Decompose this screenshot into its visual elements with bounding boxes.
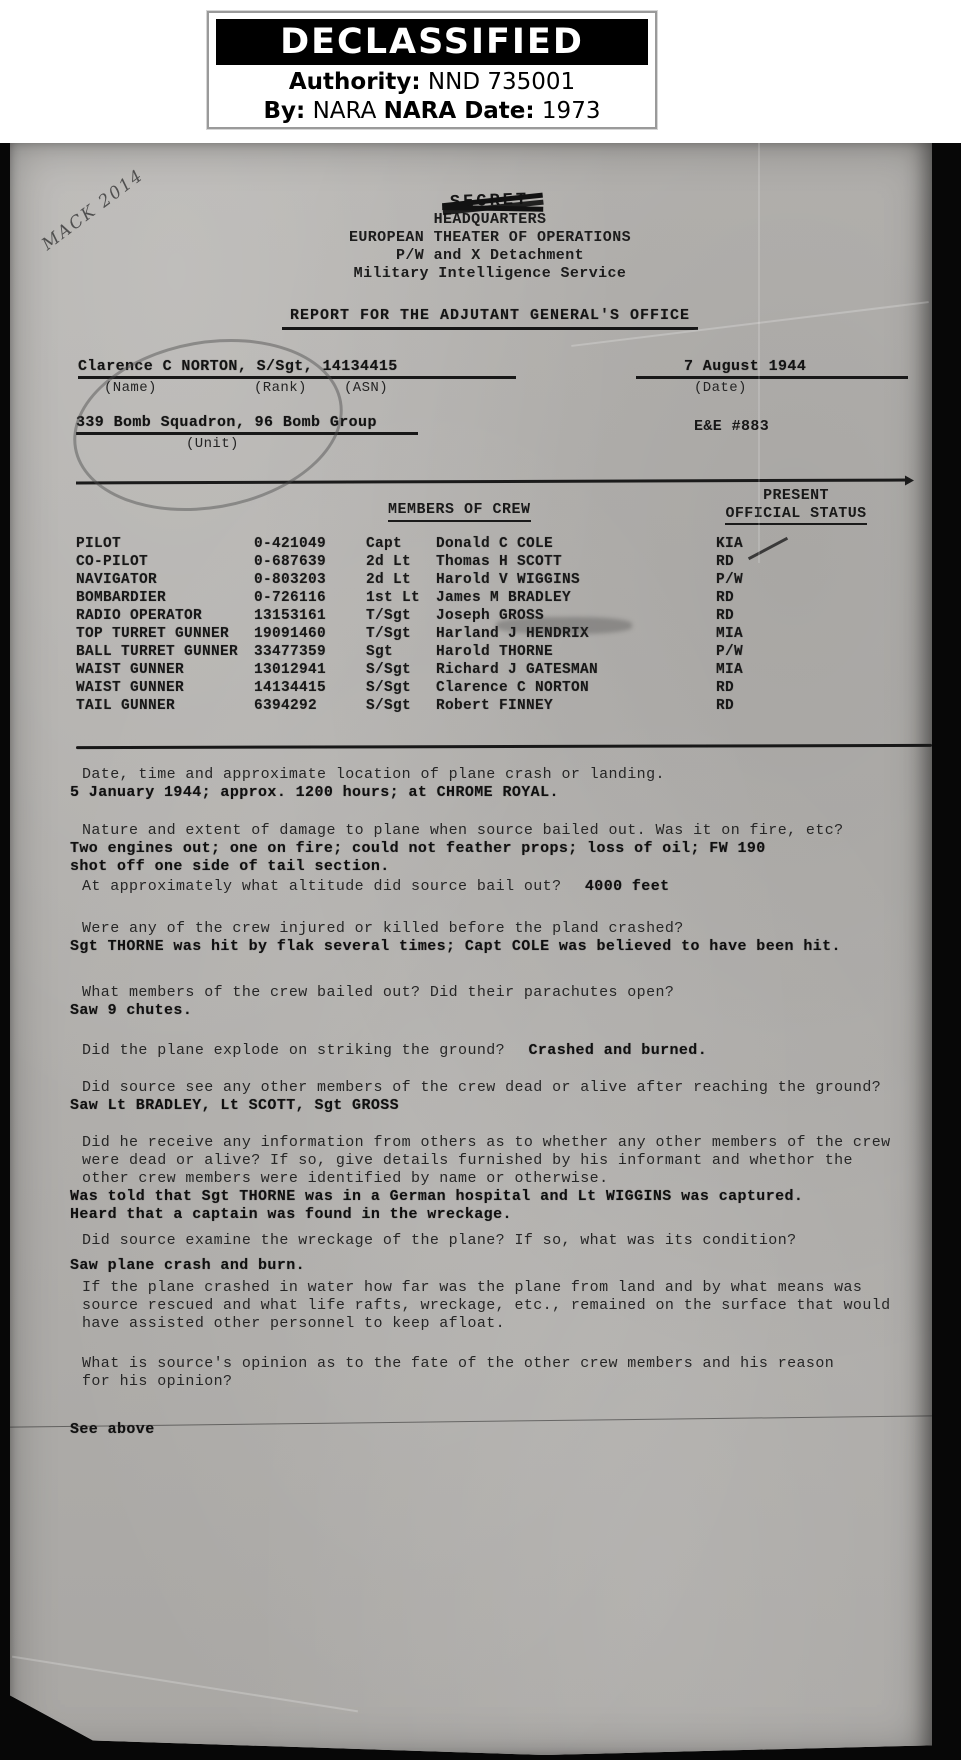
header-line: HEADQUARTERS	[76, 211, 904, 229]
crew-status: KIA	[716, 535, 904, 553]
nara-date-label: NARA Date:	[384, 98, 535, 124]
question: Nature and extent of damage to plane whe…	[76, 822, 904, 840]
ink-smudge	[496, 617, 632, 634]
date-field: 7 August 1944	[636, 358, 908, 379]
header-line: EUROPEAN THEATER OF OPERATIONS	[76, 229, 904, 247]
date-label: (Date)	[694, 379, 747, 397]
question: What is source's opinion as to the fate …	[76, 1355, 836, 1391]
crew-status: MIA	[716, 625, 904, 643]
question: If the plane crashed in water how far wa…	[76, 1279, 904, 1333]
crew-name: Donald C COLE	[436, 535, 716, 553]
crew-status: RD	[716, 679, 904, 697]
crew-serial: 13012941	[254, 661, 366, 679]
qa-block: Did source see any other members of the …	[76, 1079, 904, 1115]
answer: 5 January 1944; approx. 1200 hours; at C…	[70, 784, 904, 802]
crew-serial: 6394292	[254, 697, 366, 715]
crew-name: James M BRADLEY	[436, 589, 716, 607]
crew-status: RD	[716, 553, 904, 571]
crew-position: RADIO OPERATOR	[76, 607, 254, 625]
crew-status: RD	[716, 607, 904, 625]
crew-rank: S/Sgt	[366, 679, 436, 697]
crew-status: P/W	[716, 571, 904, 589]
crew-position: WAIST GUNNER	[76, 661, 254, 679]
qa-block: Did source examine the wreckage of the p…	[76, 1232, 904, 1275]
answer: Saw plane crash and burn.	[70, 1257, 904, 1275]
question: Date, time and approximate location of p…	[76, 766, 904, 784]
nara-date-value: 1973	[542, 98, 601, 124]
question: Did source examine the wreckage of the p…	[76, 1232, 904, 1250]
crew-rank: 2d Lt	[366, 553, 436, 571]
table-row: BALL TURRET GUNNER 33477359 Sgt Harold T…	[76, 643, 904, 661]
qa-block: Nature and extent of damage to plane whe…	[76, 822, 904, 876]
table-row: BOMBARDIER 0-726116 1st Lt James M BRADL…	[76, 589, 904, 607]
crew-name: Harold V WIGGINS	[436, 571, 716, 589]
crew-serial: 0-803203	[254, 571, 366, 589]
by-value: NARA	[313, 98, 377, 124]
members-of-crew-header: MEMBERS OF CREW	[388, 501, 531, 522]
answer: Saw 9 chutes.	[70, 1002, 904, 1020]
paper-crease	[12, 1656, 358, 1713]
table-row: NAVIGATOR 0-803203 2d Lt Harold V WIGGIN…	[76, 571, 904, 589]
by-label: By:	[264, 98, 306, 124]
answer: Sgt THORNE was hit by flak several times…	[70, 938, 904, 956]
qa-block: What members of the crew bailed out? Did…	[76, 984, 904, 1020]
crew-status: RD	[716, 589, 904, 607]
qa-block: What is source's opinion as to the fate …	[76, 1355, 904, 1439]
crew-name: Clarence C NORTON	[436, 679, 716, 697]
qa-block: If the plane crashed in water how far wa…	[76, 1279, 904, 1333]
asn-label: (ASN)	[344, 379, 388, 397]
crew-serial: 0-687639	[254, 553, 366, 571]
paper-crease	[758, 143, 760, 563]
crew-position: WAIST GUNNER	[76, 679, 254, 697]
crew-serial: 0-726116	[254, 589, 366, 607]
crew-rank: Capt	[366, 535, 436, 553]
crew-position: TAIL GUNNER	[76, 697, 254, 715]
declassification-stamp: DECLASSIFIED Authority: NND 735001 By: N…	[207, 11, 657, 129]
crew-position: CO-PILOT	[76, 553, 254, 571]
declassified-banner: DECLASSIFIED	[216, 19, 648, 65]
crew-name: Robert FINNEY	[436, 697, 716, 715]
document-header: SECRET HEADQUARTERS EUROPEAN THEATER OF …	[76, 143, 904, 283]
answer: Saw Lt BRADLEY, Lt SCOTT, Sgt GROSS	[70, 1097, 904, 1115]
answer: Two engines out; one on fire; could not …	[70, 840, 770, 876]
answer: Was told that Sgt THORNE was in a German…	[70, 1188, 904, 1224]
authority-label: Authority:	[289, 69, 421, 95]
table-row: RADIO OPERATOR 13153161 T/Sgt Joseph GRO…	[76, 607, 904, 625]
crew-status: P/W	[716, 643, 904, 661]
paper: MACK 2014 SECRET HEADQUARTERS EUROPEAN T…	[10, 143, 932, 1755]
table-row: TAIL GUNNER 6394292 S/Sgt Robert FINNEY …	[76, 697, 904, 715]
official-status-header: PRESENT OFFICIAL STATUS	[696, 487, 896, 523]
crew-table: PILOT 0-421049 Capt Donald C COLE KIA CO…	[76, 535, 904, 715]
crew-name: Thomas H SCOTT	[436, 553, 716, 571]
crew-name: Richard J GATESMAN	[436, 661, 716, 679]
crew-rank: S/Sgt	[366, 661, 436, 679]
present-label: PRESENT	[763, 487, 829, 504]
questionnaire: Date, time and approximate location of p…	[76, 766, 904, 1439]
header-line: Military Intelligence Service	[76, 265, 904, 283]
crew-position: TOP TURRET GUNNER	[76, 625, 254, 643]
question: At approximately what altitude did sourc…	[76, 878, 561, 895]
answer: Crashed and burned.	[528, 1042, 707, 1059]
crew-rank: Sgt	[366, 643, 436, 661]
document-scan: MACK 2014 SECRET HEADQUARTERS EUROPEAN T…	[0, 143, 961, 1760]
struck-classification-stamp: SECRET	[450, 192, 530, 213]
crew-rank: T/Sgt	[366, 607, 436, 625]
crew-status: RD	[716, 697, 904, 715]
qa-block: Did he receive any information from othe…	[76, 1134, 904, 1224]
question: Did he receive any information from othe…	[76, 1134, 904, 1188]
crew-serial: 0-421049	[254, 535, 366, 553]
question: What members of the crew bailed out? Did…	[76, 984, 904, 1002]
crew-position: NAVIGATOR	[76, 571, 254, 589]
crew-serial: 13153161	[254, 607, 366, 625]
qa-block: Date, time and approximate location of p…	[76, 766, 904, 802]
by-line: By: NARA NARA Date: 1973	[209, 97, 655, 126]
report-title-text: REPORT FOR THE ADJUTANT GENERAL'S OFFICE	[282, 307, 698, 330]
crew-rank: S/Sgt	[366, 697, 436, 715]
question: Did source see any other members of the …	[76, 1079, 904, 1097]
qa-block: Were any of the crew injured or killed b…	[76, 920, 904, 956]
question: Did the plane explode on striking the gr…	[76, 1042, 505, 1059]
authority-line: Authority: NND 735001	[209, 68, 655, 97]
crew-rank: T/Sgt	[366, 625, 436, 643]
table-row: PILOT 0-421049 Capt Donald C COLE KIA	[76, 535, 904, 553]
crew-position: BALL TURRET GUNNER	[76, 643, 254, 661]
section-divider	[76, 744, 932, 749]
qa-block: Did the plane explode on striking the gr…	[76, 1042, 904, 1060]
crew-status: MIA	[716, 661, 904, 679]
official-status-label: OFFICIAL STATUS	[725, 505, 866, 525]
declassified-title: DECLASSIFIED	[280, 22, 584, 62]
crew-serial: 33477359	[254, 643, 366, 661]
table-row: TOP TURRET GUNNER 19091460 T/Sgt Harland…	[76, 625, 904, 643]
crew-rank: 2d Lt	[366, 571, 436, 589]
crew-name: Harold THORNE	[436, 643, 716, 661]
crew-position: PILOT	[76, 535, 254, 553]
authority-value: NND 735001	[428, 69, 575, 95]
answer: 4000 feet	[585, 878, 670, 895]
crew-position: BOMBARDIER	[76, 589, 254, 607]
header-line: P/W and X Detachment	[76, 247, 904, 265]
table-row: WAIST GUNNER 13012941 S/Sgt Richard J GA…	[76, 661, 904, 679]
table-row: CO-PILOT 0-687639 2d Lt Thomas H SCOTT R…	[76, 553, 904, 571]
crew-rank: 1st Lt	[366, 589, 436, 607]
qa-block: At approximately what altitude did sourc…	[76, 878, 904, 896]
table-row: WAIST GUNNER 14134415 S/Sgt Clarence C N…	[76, 679, 904, 697]
crew-serial: 14134415	[254, 679, 366, 697]
question: Were any of the crew injured or killed b…	[76, 920, 904, 938]
crew-serial: 19091460	[254, 625, 366, 643]
